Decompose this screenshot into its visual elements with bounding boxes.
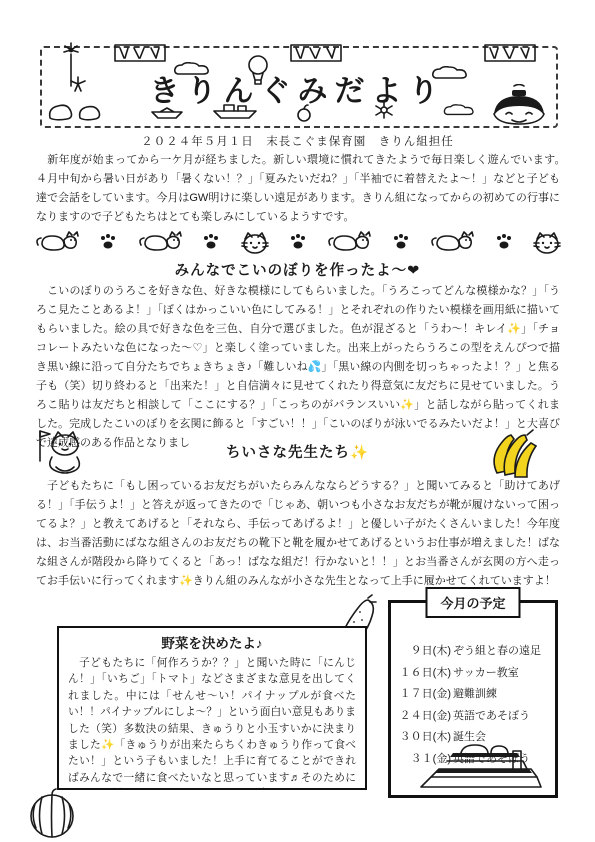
schedule-item: １７日(金) 避難訓練 <box>391 684 555 706</box>
schedule-box: 今月の予定 ９日(木) ぞう組と春の遠足 １６日(木) サッカー教室 １７日(金… <box>388 600 558 798</box>
stamp-icon <box>484 44 536 62</box>
schedule-item: ２４日(金) 英語であそぼう <box>391 706 555 728</box>
vegetable-box: 野菜を決めたよ♪ 子どもたちに「何作ろうか？？」と聞いた時に「にんじん！」「いち… <box>57 626 367 790</box>
running-cat-icon <box>34 231 80 255</box>
paw-print-icon <box>494 233 514 253</box>
schedule-label: サッカー教室 <box>453 663 519 685</box>
paw-print-icon <box>98 233 118 253</box>
cat-face-icon <box>532 231 562 255</box>
running-cat-icon <box>137 231 183 255</box>
paw-print-icon <box>391 233 411 253</box>
paw-print-icon <box>288 233 308 253</box>
cat-face-icon <box>240 231 270 255</box>
schedule-label: 避難訓練 <box>453 684 497 706</box>
running-cat-icon <box>326 231 372 255</box>
schedule-label: ぞう組と春の遠足 <box>453 641 541 663</box>
koinobori-paragraph: こいのぼりのうろこを好きな色、好きな模様にしてもらいました。「うろこってどんな模… <box>36 282 560 453</box>
intro-paragraph: 新年度が始まってから一ケ月が経ちました。新しい環境に慣れてきたようで毎日楽しく遊… <box>36 151 560 227</box>
page-title: きりんぐみだより <box>0 66 595 110</box>
date-line: ２０２４年５月１日 末長こぐま保育園 きりん組担任 <box>0 133 595 149</box>
paw-print-icon <box>201 233 221 253</box>
schedule-date: １７日(金) <box>391 684 451 706</box>
schedule-date: ９日(木) <box>391 641 451 663</box>
newsletter-page: きりんぐみだより ２０２４年５月１日 末長こぐま保育園 きりん組担任 新年度が始… <box>0 0 595 842</box>
steps-illustration-icon <box>417 739 545 791</box>
schedule-date: ２４日(金) <box>391 706 451 728</box>
watermelon-icon <box>26 786 78 840</box>
cat-paw-divider <box>34 229 562 257</box>
banana-icon <box>483 427 543 481</box>
running-cat-icon <box>429 231 475 255</box>
stamp-icon <box>114 44 166 62</box>
vegetable-box-title: 野菜を決めたよ♪ <box>68 632 356 652</box>
schedule-item: １６日(木) サッカー教室 <box>391 663 555 685</box>
schedule-date: １６日(木) <box>391 663 451 685</box>
schedule-box-title: 今月の予定 <box>425 587 520 618</box>
vegetable-box-body: 子どもたちに「何作ろうか？？」と聞いた時に「にんじん！」「いちご」「トマト」など… <box>68 655 356 790</box>
little-teachers-paragraph: 子どもたちに「もし困っているお友だちがいたらみんなならどうする？」と聞いてみると… <box>36 477 560 591</box>
schedule-label: 英語であそぼう <box>453 706 530 728</box>
schedule-item: ９日(木) ぞう組と春の遠足 <box>391 641 555 663</box>
stamp-icon <box>290 44 342 62</box>
section-heading-koinobori: みんなでこいのぼりを作ったよ～❤ <box>0 259 595 280</box>
